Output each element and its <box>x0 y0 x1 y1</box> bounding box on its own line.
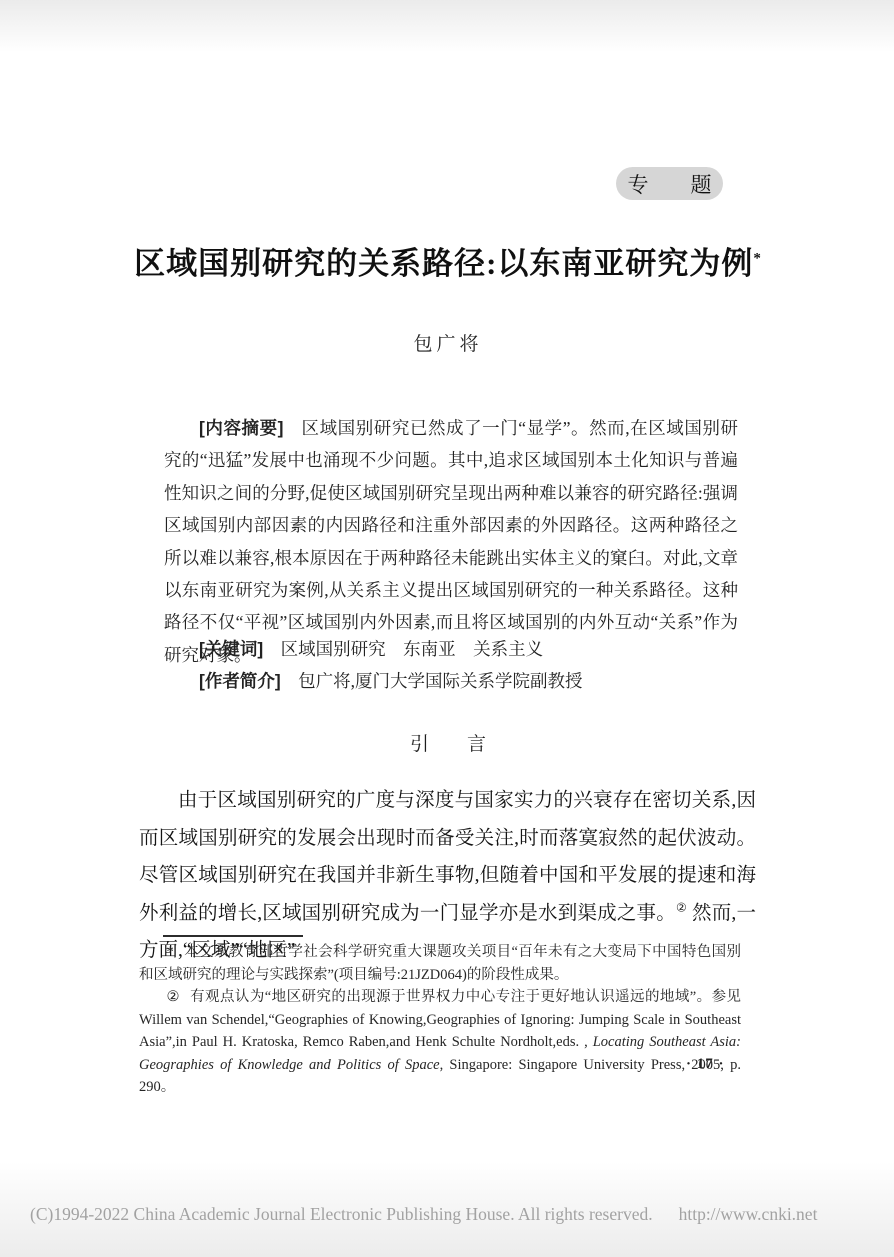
footer-url-text: http://www.cnki.net <box>679 1204 818 1224</box>
footnotes-block: *本文系教育部哲学社会科学研究重大课题攻关项目“百年未有之大变局下中国特色国别和… <box>139 941 741 1099</box>
footnote-star-marker: * <box>167 944 174 960</box>
author-bio-line: [作者简介]包广将,厦门大学国际关系学院副教授 <box>164 668 738 693</box>
paper-page: 专 题 区域国别研究的关系路径:以东南亚研究为例* 包广将 [内容摘要]区域国别… <box>0 0 894 1257</box>
paper-title: 区域国别研究的关系路径:以东南亚研究为例* <box>120 244 776 284</box>
abstract-label: [内容摘要] <box>199 418 283 438</box>
author-bio-text: 包广将,厦门大学国际关系学院副教授 <box>298 671 582 691</box>
paper-title-text: 区域国别研究的关系路径:以东南亚研究为例 <box>134 246 753 281</box>
footnote-star-text: 本文系教育部哲学社会科学研究重大课题攻关项目“百年未有之大变局下中国特色国别和区… <box>139 944 741 983</box>
author-name: 包广将 <box>140 329 756 356</box>
footer-copyright-text: (C)1994-2022 China Academic Journal Elec… <box>30 1204 653 1224</box>
keywords-text: 区域国别研究 东南亚 关系主义 <box>281 639 544 659</box>
keywords-line: [关键词]区域国别研究 东南亚 关系主义 <box>164 636 738 661</box>
abstract-paragraph: [内容摘要]区域国别研究已然成了一门“显学”。然而,在区域国别研究的“迅猛”发展… <box>164 412 738 671</box>
author-bio-label: [作者简介] <box>199 671 281 691</box>
keywords-label: [关键词] <box>199 639 263 659</box>
topic-badge: 专 题 <box>616 167 723 200</box>
topic-badge-label: 专 题 <box>628 169 712 199</box>
footnote-star: *本文系教育部哲学社会科学研究重大课题攻关项目“百年未有之大变局下中国特色国别和… <box>139 941 741 986</box>
footnote-divider-rule <box>163 935 303 937</box>
footnote-2-marker: ② <box>167 989 180 1005</box>
scan-top-shade <box>0 0 894 52</box>
body-text-before-note: 由于区域国别研究的广度与深度与国家实力的兴衰存在密切关系,因而区域国别研究的发展… <box>139 790 756 924</box>
cnki-footer: (C)1994-2022 China Academic Journal Elec… <box>30 1204 870 1225</box>
abstract-text: 区域国别研究已然成了一门“显学”。然而,在区域国别研究的“迅猛”发展中也涌现不少… <box>164 418 738 665</box>
footnote-2: ②有观点认为“地区研究的出现源于世界权力中心专注于更好地认识遥远的地域”。参见 … <box>139 986 741 1099</box>
footnote-reference-2: ② <box>676 900 687 914</box>
title-footnote-marker: * <box>753 251 762 267</box>
page-number: · 17 · <box>686 1056 725 1073</box>
section-heading-introduction: 引 言 <box>140 729 756 756</box>
